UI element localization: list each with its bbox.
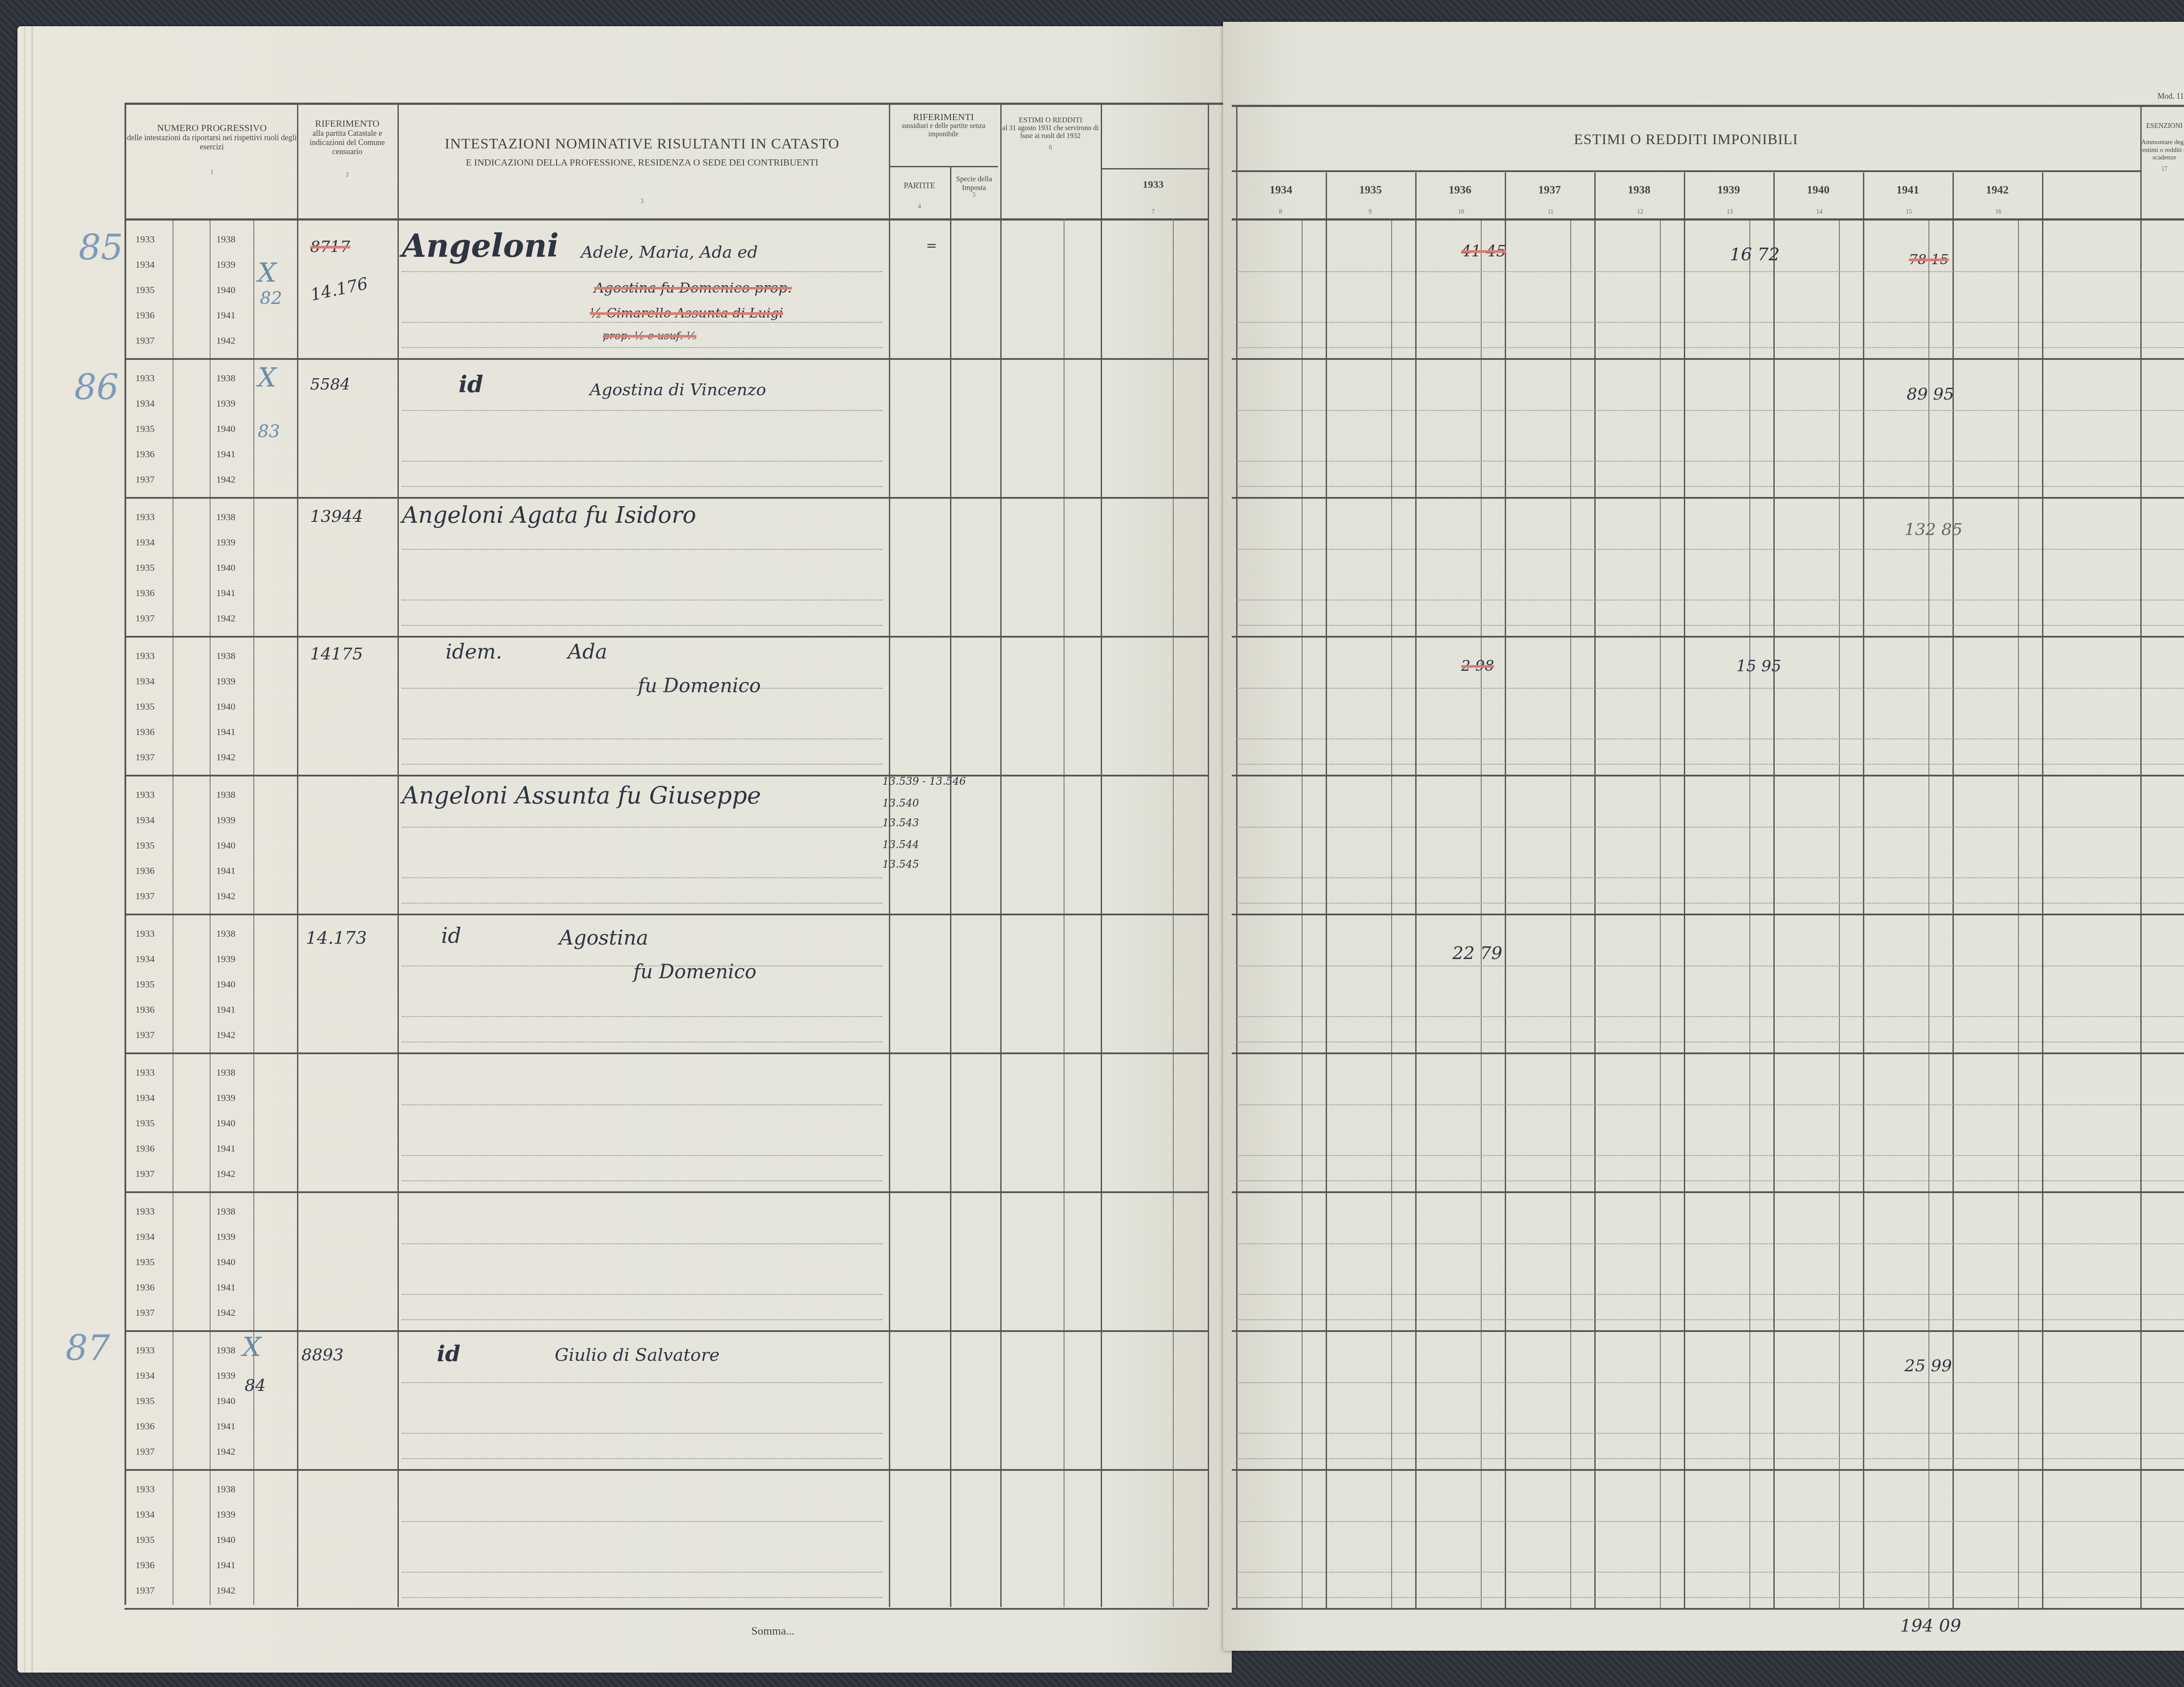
column-number: 1: [127, 169, 297, 176]
year-label: 1941: [216, 1282, 235, 1293]
ruled-line: [402, 1104, 882, 1105]
partite-value: 13.544: [882, 838, 919, 851]
entry-mark-number: 82: [260, 288, 282, 308]
header-title: ESENZIONI: [2140, 122, 2184, 130]
column-divider: [1773, 172, 1775, 1609]
year-label: 1941: [216, 865, 235, 876]
ruled-line: [402, 1458, 882, 1459]
entry-name: idem.: [446, 640, 502, 663]
year-label: 1939: [216, 1370, 235, 1381]
row-block-divider: [1232, 358, 2184, 360]
year-label: 1942: [216, 1585, 235, 1596]
reference-number: 14175: [310, 644, 363, 663]
entry-detail-struck: Agostina fu Domenico prop.: [594, 279, 792, 296]
ruled-line: [1236, 410, 2184, 411]
ruled-line: [1236, 764, 2184, 765]
year-label: 1938: [216, 1067, 235, 1078]
year-label: 1933: [135, 1483, 155, 1495]
column-number: 3: [397, 198, 887, 205]
header-title: PARTITE: [889, 181, 950, 190]
header-intestazioni: INTESTAZIONI NOMINATIVE RISULTANTI IN CA…: [397, 135, 887, 205]
row-block-divider: [124, 1608, 1208, 1610]
year-label: 1934: [135, 953, 155, 965]
row-block-divider: [124, 914, 1208, 915]
column-divider: [2042, 172, 2043, 1609]
header-sub-rule: [889, 166, 998, 167]
row-block-divider: [124, 1052, 1208, 1054]
ruled-line: [402, 1155, 882, 1156]
ruled-line: [1236, 903, 2184, 904]
year-label: 1940: [216, 1395, 235, 1407]
column-number: 14: [1816, 209, 1822, 216]
column-number: 16: [1995, 209, 2001, 216]
margin-number: 87: [66, 1328, 110, 1368]
year-label: 1941: [216, 1421, 235, 1432]
year-column-header: 1942: [1952, 183, 2042, 197]
year-label: 1942: [216, 1446, 235, 1457]
header-estimi-imponibili: ESTIMI O REDDITI IMPONIBILI: [1232, 131, 2140, 148]
ruled-line: [402, 1572, 882, 1573]
ruled-line: [402, 600, 882, 600]
year-label: 1936: [135, 865, 155, 876]
partite-value: 13.545: [882, 858, 919, 870]
year-label: 1937: [135, 1168, 155, 1180]
year-label: 1942: [216, 890, 235, 902]
ruled-line: [402, 827, 882, 828]
year-label: 1939: [216, 814, 235, 826]
year-label: 1934: [135, 259, 155, 270]
header-text: delle intestazioni da riportarsi nei ris…: [127, 133, 297, 151]
year-label: 1938: [216, 373, 235, 384]
sum-label: Somma...: [751, 1625, 795, 1638]
year-label: 1937: [135, 613, 155, 624]
row-block-divider: [124, 497, 1208, 499]
ruled-line: [402, 1382, 882, 1383]
header-esenzioni: ESENZIONI Ammontare degli estimi o reddi…: [2140, 122, 2184, 173]
row-block-divider: [1232, 914, 2184, 915]
header-title: Specie della Imposta: [950, 175, 998, 192]
ruled-line: [1236, 322, 2184, 323]
row-block-divider: [124, 358, 1208, 360]
year-column-header: 1941: [1863, 183, 1952, 197]
header-text: alla partita Catastale e indicazioni del…: [297, 129, 397, 156]
year-label: 1940: [216, 701, 235, 712]
year-label: 1937: [135, 335, 155, 346]
column-divider: [1236, 107, 1237, 1609]
row-block-divider: [1232, 1191, 2184, 1193]
ruled-line: [1236, 625, 2184, 626]
row-block-divider: [124, 1469, 1208, 1471]
ruled-line: [402, 1433, 882, 1434]
year-label: 1933: [135, 373, 155, 384]
year-label: 1941: [216, 587, 235, 599]
row-block-divider: [1232, 497, 2184, 499]
ruled-line: [402, 903, 882, 904]
row-block-divider: [1232, 1330, 2184, 1332]
year-label: 1937: [135, 1029, 155, 1041]
column-divider: [297, 105, 298, 1607]
header-numero-progressivo: NUMERO PROGRESSIVO delle intestazioni da…: [127, 122, 297, 176]
ruled-line: [1236, 1104, 2184, 1105]
partite-value: 13.540: [882, 797, 919, 809]
ruled-line: [1236, 600, 2184, 600]
header-text: E INDICAZIONI DELLA PROFESSIONE, RESIDEN…: [397, 157, 887, 168]
ruled-line: [1236, 1180, 2184, 1181]
entry-name: id: [441, 924, 461, 948]
margin-number: 85: [79, 227, 123, 268]
value-1936: 22 79: [1452, 943, 1503, 963]
entry-detail: Giulio di Salvatore: [555, 1345, 719, 1365]
year-label: 1936: [135, 310, 155, 321]
entry-name: id: [437, 1341, 460, 1366]
partite-value: 13.543: [882, 817, 919, 829]
ruled-line: [402, 461, 882, 462]
entry-detail: Agostina di Vincenzo: [590, 380, 766, 399]
entry-mark-number: 83: [258, 421, 280, 442]
year-label: 1939: [216, 259, 235, 270]
ruled-line: [402, 271, 882, 272]
entry-detail: Adele, Maria, Ada ed: [581, 242, 758, 262]
year-label: 1941: [216, 726, 235, 738]
year-column-header: 1936: [1415, 183, 1505, 197]
value-1939: 15 95: [1736, 657, 1781, 675]
header-riferimenti-sussidiari: RIFERIMENTI sussidiari e delle partite s…: [889, 111, 998, 138]
value-1936: 41 45: [1461, 242, 1506, 260]
year-column-header: 1939: [1684, 183, 1773, 197]
year-label: 1935: [135, 701, 155, 712]
column-number: 8: [1279, 209, 1282, 216]
year-label: 1938: [216, 234, 235, 245]
header-1933: 1933 7: [1101, 179, 1206, 216]
entry-name: Angeloni Agata fu Isidoro: [402, 502, 696, 528]
year-label: 1933: [135, 789, 155, 800]
year-subdivider: [253, 221, 254, 1605]
year-label: 1942: [216, 1168, 235, 1180]
entry-detail: Ada: [568, 640, 607, 663]
ruled-line: [1236, 1458, 2184, 1459]
year-column-header: 1938: [1594, 183, 1684, 197]
row-block-divider: [1232, 1052, 2184, 1054]
ruled-line: [1236, 347, 2184, 348]
ruled-line: [402, 1319, 882, 1320]
ruled-line: [402, 347, 882, 348]
year-label: 1936: [135, 1421, 155, 1432]
ruled-line: [1236, 1016, 2184, 1017]
year-label: 1939: [216, 953, 235, 965]
ruled-line: [1236, 1433, 2184, 1434]
year-subdivider: [210, 221, 211, 1605]
header-title: RIFERIMENTO: [297, 118, 397, 129]
header-bottom-rule: [1232, 218, 2184, 221]
year-label: 1934: [135, 1092, 155, 1104]
column-divider: [1863, 172, 1864, 1609]
ruled-line: [402, 1597, 882, 1598]
column-number: 9: [1368, 209, 1372, 216]
year-label: 1935: [135, 1395, 155, 1407]
ruled-line: [1236, 827, 2184, 828]
year-label: 1941: [216, 448, 235, 460]
header-title: NUMERO PROGRESSIVO: [127, 122, 297, 133]
partite-value: 13.539 - 13.546: [882, 775, 966, 787]
margin-number: 86: [74, 367, 119, 407]
header-sub-rule: [1232, 170, 2140, 172]
year-label: 1934: [135, 814, 155, 826]
entry-detail: fu Domenico: [633, 961, 757, 983]
year-label: 1938: [216, 650, 235, 662]
year-label: 1935: [135, 840, 155, 851]
year-label: 1939: [216, 1231, 235, 1242]
ruled-line: [1236, 1294, 2184, 1295]
year-label: 1933: [135, 928, 155, 939]
reference-number: 14.173: [306, 928, 367, 948]
column-number: 17: [2140, 166, 2184, 173]
total-1941: 194 09: [1900, 1616, 1961, 1636]
year-label: 1935: [135, 284, 155, 296]
value-1939: 16 72: [1730, 245, 1780, 265]
ruled-line: [1236, 1042, 2184, 1042]
year-label: 1942: [216, 1307, 235, 1318]
year-label: 1942: [216, 613, 235, 624]
value-1941: 78 15: [1909, 251, 1949, 268]
ruled-line: [1236, 549, 2184, 550]
year-label: 1938: [216, 511, 235, 523]
column-number: 2: [297, 172, 397, 179]
ruled-line: [1236, 877, 2184, 878]
ruled-line: [402, 1042, 882, 1042]
year-label: 1940: [216, 979, 235, 990]
ruled-line: [1236, 461, 2184, 462]
column-divider: [1208, 105, 1209, 1607]
entry-detail-struck: prop. ½ e usuf. ⅕: [603, 330, 696, 342]
column-number: 15: [1906, 209, 1912, 216]
form-model: Mod. 111 — Imposte Dirette (intercalare): [2027, 92, 2184, 101]
ruled-line: [1236, 1243, 2184, 1244]
ruled-line: [402, 625, 882, 626]
ruled-line: [1236, 1521, 2184, 1522]
entry-detail: Agostina: [559, 926, 648, 949]
ruled-line: [1236, 1155, 2184, 1156]
entry-mark-number: 84: [245, 1376, 266, 1395]
year-label: 1941: [216, 1559, 235, 1571]
year-label: 1937: [135, 474, 155, 485]
column-number: 13: [1727, 209, 1733, 216]
row-block-divider: [1232, 1469, 2184, 1471]
column-number: 7: [1101, 209, 1206, 216]
ruled-line: [1236, 1319, 2184, 1320]
row-block-divider: [124, 636, 1208, 638]
ruled-line: [402, 1294, 882, 1295]
year-label: 1939: [216, 1509, 235, 1520]
header-riferimento: RIFERIMENTO alla partita Catastale e ind…: [297, 118, 397, 179]
header-top-rule: [1232, 105, 2184, 107]
header-specie-imposta: Specie della Imposta 5: [950, 175, 998, 199]
year-label: 1939: [216, 537, 235, 548]
year-label: 1933: [135, 650, 155, 662]
column-divider: [1684, 172, 1685, 1609]
reference-number: 8893: [301, 1345, 344, 1364]
ruled-line: [402, 410, 882, 411]
year-label: 1935: [135, 979, 155, 990]
column-number: 4: [889, 204, 950, 210]
header-text: al 31 agosto 1931 che servirono di base …: [1000, 124, 1101, 141]
entry-detail: fu Domenico: [638, 675, 761, 697]
row-block-divider: [124, 1330, 1208, 1332]
ruled-line: [402, 549, 882, 550]
ruled-line: [402, 1180, 882, 1181]
year-label: 1942: [216, 474, 235, 485]
row-block-divider: [124, 1191, 1208, 1193]
year-label: 1933: [135, 511, 155, 523]
year-label: 1937: [135, 1307, 155, 1318]
year-label: 1936: [135, 1559, 155, 1571]
column-subdivider: [1064, 218, 1064, 1607]
year-label: 1936: [135, 1282, 155, 1293]
year-label: 1933: [1101, 179, 1206, 191]
year-label: 1939: [216, 398, 235, 409]
column-number: 10: [1458, 209, 1464, 216]
year-label: 1940: [216, 423, 235, 435]
year-label: 1939: [216, 676, 235, 687]
entry-name: id: [459, 371, 483, 398]
header-title: ESTIMI O REDDITI IMPONIBILI: [1232, 131, 2140, 148]
year-label: 1942: [216, 335, 235, 346]
column-divider: [1415, 172, 1417, 1609]
header-title: RIFERIMENTI: [889, 111, 998, 122]
year-label: 1938: [216, 1206, 235, 1217]
year-label: 1936: [135, 448, 155, 460]
reference-number: 13944: [310, 507, 363, 526]
year-column-header: 1940: [1773, 183, 1863, 197]
year-label: 1935: [135, 562, 155, 573]
year-column-header: 1935: [1326, 183, 1415, 197]
year-label: 1933: [135, 1206, 155, 1217]
column-divider: [2140, 107, 2142, 1609]
year-label: 1937: [135, 890, 155, 902]
entry-mark: X: [258, 258, 276, 288]
year-label: 1936: [135, 1004, 155, 1015]
year-label: 1942: [216, 1029, 235, 1041]
year-label: 1940: [216, 1256, 235, 1268]
ruled-line: [402, 1243, 882, 1244]
header-estimi-1931: ESTIMI O REDDITI al 31 agosto 1931 che s…: [1000, 116, 1101, 152]
year-label: 1938: [216, 1345, 235, 1356]
ruled-line: [1236, 738, 2184, 739]
year-column-header: 1934: [1236, 183, 1326, 197]
entry-detail-struck: ½ Cimarello Assunta di Luigi: [590, 306, 783, 321]
year-label: 1941: [216, 1143, 235, 1154]
ruled-line: [402, 738, 882, 739]
header-sub-rule: [1101, 168, 1210, 169]
value-1936: 2 98: [1461, 657, 1494, 675]
ruled-line: [402, 1521, 882, 1522]
entry-name: Angeloni Assunta fu Giuseppe: [402, 782, 761, 809]
reference-number: 5584: [310, 376, 350, 393]
ruled-line: [1236, 1597, 2184, 1598]
year-label: 1936: [135, 726, 155, 738]
column-subdivider: [1173, 218, 1174, 1607]
column-divider: [1505, 172, 1506, 1609]
year-label: 1940: [216, 284, 235, 296]
ruled-line: [1236, 486, 2184, 487]
ruled-line: [402, 486, 882, 487]
year-label: 1933: [135, 1345, 155, 1356]
ruled-line: [1236, 688, 2184, 689]
ruled-line: [402, 764, 882, 765]
row-block-divider: [124, 775, 1208, 776]
row-block-divider: [1232, 775, 2184, 776]
year-label: 1936: [135, 1143, 155, 1154]
header-text: sussidiari e delle partite senza imponib…: [889, 122, 998, 138]
year-label: 1935: [135, 1256, 155, 1268]
year-label: 1933: [135, 1067, 155, 1078]
value-1941: 25 99: [1904, 1356, 1952, 1375]
year-label: 1934: [135, 1370, 155, 1381]
column-divider: [1326, 172, 1327, 1609]
row-block-divider: [1232, 636, 2184, 638]
year-label: 1938: [216, 789, 235, 800]
header-title: INTESTAZIONI NOMINATIVE RISULTANTI IN CA…: [397, 135, 887, 152]
column-number: 12: [1637, 209, 1643, 216]
entry-name: Angeloni: [402, 227, 559, 264]
column-divider: [397, 105, 399, 1607]
ruled-line: [1236, 966, 2184, 966]
ruled-line: [402, 1016, 882, 1017]
header-partite: PARTITE 4: [889, 181, 950, 210]
column-divider: [950, 166, 951, 1607]
column-divider: [1000, 105, 1002, 1607]
entry-mark: X: [242, 1332, 261, 1363]
year-label: 1934: [135, 537, 155, 548]
year-label: 1940: [216, 1118, 235, 1129]
year-label: 1940: [216, 562, 235, 573]
ruled-line: [1236, 1572, 2184, 1573]
ruled-line: [402, 877, 882, 878]
value-1941: 132 85: [1904, 520, 1963, 539]
ruled-line: [1236, 1382, 2184, 1383]
year-label: 1938: [216, 928, 235, 939]
year-label: 1939: [216, 1092, 235, 1104]
year-label: 1937: [135, 1585, 155, 1596]
reference-struck: 8717: [310, 238, 350, 256]
column-number: 11: [1548, 209, 1553, 216]
right-page: [1223, 22, 2184, 1651]
year-label: 1933: [135, 234, 155, 245]
year-label: 1934: [135, 398, 155, 409]
year-label: 1934: [135, 676, 155, 687]
header-text: Ammontare degli estimi o redditi e scade…: [2140, 139, 2184, 162]
year-label: 1935: [135, 423, 155, 435]
row-block-divider: [1232, 1608, 2184, 1610]
partite-value: =: [926, 238, 937, 253]
left-table: [124, 103, 1234, 1605]
year-label: 1941: [216, 1004, 235, 1015]
year-label: 1935: [135, 1118, 155, 1129]
entry-mark: X: [258, 362, 276, 393]
year-label: 1934: [135, 1509, 155, 1520]
column-divider: [889, 105, 890, 1607]
year-label: 1938: [216, 1483, 235, 1495]
year-label: 1940: [216, 1534, 235, 1546]
year-subdivider: [173, 221, 173, 1605]
header-bottom-rule: [124, 218, 1208, 221]
column-divider: [1101, 105, 1102, 1607]
year-label: 1936: [135, 587, 155, 599]
page-stack-edge: [24, 26, 33, 1673]
year-label: 1937: [135, 1446, 155, 1457]
year-label: 1942: [216, 752, 235, 763]
year-label: 1934: [135, 1231, 155, 1242]
year-label: 1937: [135, 752, 155, 763]
